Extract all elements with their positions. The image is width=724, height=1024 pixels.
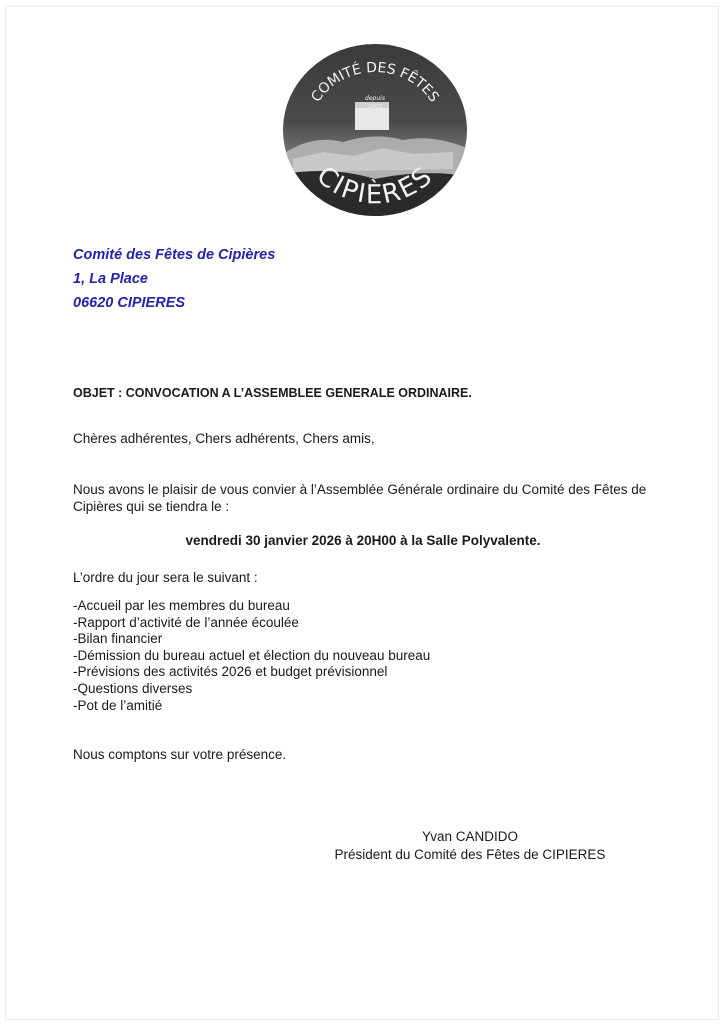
address-city: 06620 CIPIERES bbox=[73, 291, 275, 315]
signatory-title: Président du Comité des Fêtes de CIPIERE… bbox=[320, 846, 620, 864]
agenda-item: -Bilan financier bbox=[73, 631, 430, 648]
svg-text:depuis: depuis bbox=[365, 95, 385, 102]
greeting: Chères adhérentes, Chers adhérents, Cher… bbox=[73, 430, 375, 447]
signature-block: Yvan CANDIDO Président du Comité des Fêt… bbox=[320, 828, 620, 864]
agenda-intro: L’ordre du jour sera le suivant : bbox=[73, 569, 258, 586]
svg-text:2001: 2001 bbox=[368, 104, 382, 110]
address-organization: Comité des Fêtes de Cipières bbox=[73, 243, 275, 267]
agenda-list: -Accueil par les membres du bureau -Rapp… bbox=[73, 598, 430, 714]
committee-logo: COMITÉ DES FÊTES depuis 2001 CIPIÈRES bbox=[283, 44, 467, 216]
agenda-item: -Démission du bureau actuel et élection … bbox=[73, 648, 430, 665]
agenda-item: -Prévisions des activités 2026 et budget… bbox=[73, 664, 430, 681]
agenda-item: -Rapport d’activité de l’année écoulée bbox=[73, 615, 430, 632]
intro-paragraph: Nous avons le plaisir de vous convier à … bbox=[73, 481, 663, 515]
letter-subject: OBJET : CONVOCATION A L’ASSEMBLEE GENERA… bbox=[73, 386, 472, 400]
agenda-item: -Accueil par les membres du bureau bbox=[73, 598, 430, 615]
address-street: 1, La Place bbox=[73, 267, 275, 291]
closing-line: Nous comptons sur votre présence. bbox=[73, 746, 286, 763]
signatory-name: Yvan CANDIDO bbox=[320, 828, 620, 846]
agenda-item: -Pot de l’amitié bbox=[73, 698, 430, 715]
sender-address: Comité des Fêtes de Cipières 1, La Place… bbox=[73, 243, 275, 315]
meeting-date: vendredi 30 janvier 2026 à 20H00 à la Sa… bbox=[73, 533, 653, 548]
agenda-item: -Questions diverses bbox=[73, 681, 430, 698]
